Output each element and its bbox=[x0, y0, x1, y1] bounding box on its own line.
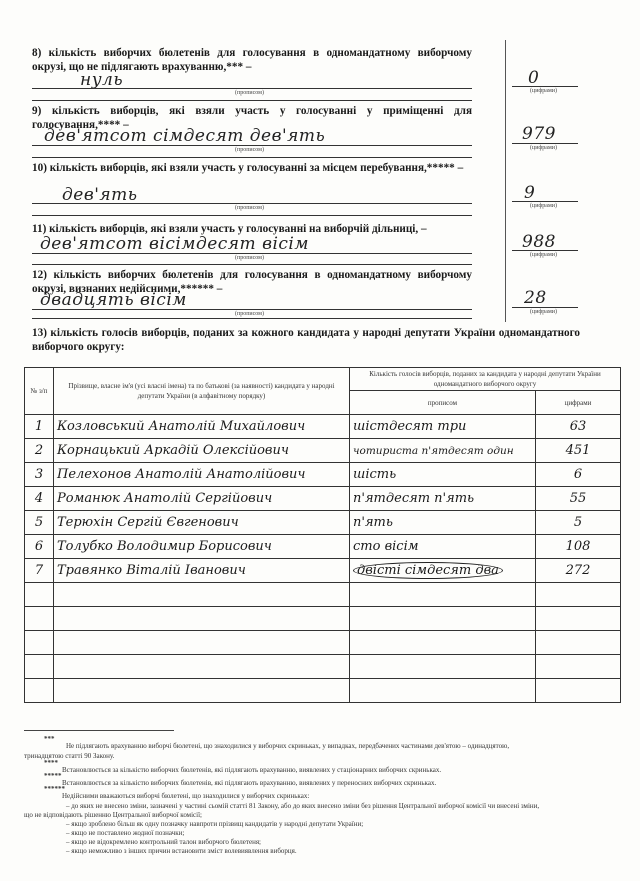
table-row: 4Романюк Анатолій Сергійовичп'ятдесят п'… bbox=[25, 487, 621, 511]
votes-words: двісті сімдесят два bbox=[350, 559, 536, 583]
divider bbox=[32, 318, 472, 319]
item-11-words: дев'ятсот вісімдесят вісім bbox=[40, 234, 309, 254]
table-row: 7Травянко Віталій Івановичдвісті сімдеся… bbox=[25, 559, 621, 583]
candidate-name: Козловський Анатолій Михайлович bbox=[54, 415, 350, 439]
item-10-digits-label: (цифрами) bbox=[530, 203, 557, 209]
table-row bbox=[25, 631, 621, 655]
column-divider bbox=[505, 40, 506, 322]
votes-digits: 272 bbox=[536, 559, 621, 583]
footnote-mark-4: **** bbox=[44, 759, 58, 767]
votes-words: шістдесят три bbox=[350, 415, 536, 439]
row-num bbox=[25, 631, 54, 655]
candidate-name: Пелехонов Анатолій Анатолійович bbox=[54, 463, 350, 487]
row-num: 1 bbox=[25, 415, 54, 439]
item-9-digits: 979 bbox=[522, 124, 556, 144]
footnote-6a: – до яких не внесено зміни, зазначені у … bbox=[66, 802, 626, 811]
footnote-4: Встановлюється за кількістю виборчих бюл… bbox=[62, 766, 441, 775]
votes-digits bbox=[536, 679, 621, 703]
votes-words: п'ять bbox=[350, 511, 536, 535]
votes-digits bbox=[536, 607, 621, 631]
item-8-digits: 0 bbox=[528, 68, 539, 88]
candidate-name: Травянко Віталій Іванович bbox=[54, 559, 350, 583]
footnote-mark-5: ***** bbox=[44, 772, 62, 780]
footnote-6b: що не відповідають рішенню Центральної в… bbox=[24, 811, 202, 820]
header-votes: Кількість голосів виборців, поданих за к… bbox=[350, 368, 621, 391]
divider bbox=[32, 100, 472, 101]
candidate-name bbox=[54, 583, 350, 607]
header-digits: цифрами bbox=[536, 391, 621, 415]
item-12-words: двадцять вісім bbox=[40, 290, 187, 310]
item-11-digits-line bbox=[512, 250, 578, 251]
candidate-name: Терюхін Сергій Євгенович bbox=[54, 511, 350, 535]
footnote-mark-3: *** bbox=[44, 735, 55, 743]
votes-words bbox=[350, 679, 536, 703]
divider bbox=[32, 157, 472, 158]
header-words: прописом bbox=[350, 391, 536, 415]
item-8-digits-line bbox=[512, 86, 578, 87]
row-num bbox=[25, 607, 54, 631]
item-11-words-line bbox=[32, 253, 472, 254]
candidate-name bbox=[54, 679, 350, 703]
votes-words: п'ятдесят п'ять bbox=[350, 487, 536, 511]
row-num: 2 bbox=[25, 439, 54, 463]
row-num: 6 bbox=[25, 535, 54, 559]
candidate-name bbox=[54, 607, 350, 631]
item-12-words-label: (прописом) bbox=[235, 311, 264, 317]
divider bbox=[32, 215, 472, 216]
candidates-table: № з/п Прізвище, власне ім'я (усі власні … bbox=[24, 367, 621, 703]
item-11-digits-label: (цифрами) bbox=[530, 252, 557, 258]
votes-digits bbox=[536, 583, 621, 607]
header-name: Прізвище, власне ім'я (усі власні імена)… bbox=[54, 368, 350, 415]
footnote-5: Встановлюється за кількістю виборчих бюл… bbox=[62, 779, 436, 788]
item-11-words-label: (прописом) bbox=[235, 255, 264, 261]
item-9-words: дев'ятсот сімдесят дев'ять bbox=[44, 126, 325, 146]
row-num bbox=[25, 583, 54, 607]
table-row bbox=[25, 655, 621, 679]
footnote-3: Не підлягають врахуванню виборчі бюлетен… bbox=[66, 742, 626, 751]
footnote-6d: – якщо не поставлено жодної позначки; bbox=[66, 829, 184, 838]
footnote-6c: – якщо зроблено більш як одну позначку н… bbox=[66, 820, 363, 829]
votes-digits bbox=[536, 655, 621, 679]
item-12-digits-line bbox=[512, 307, 578, 308]
votes-digits: 5 bbox=[536, 511, 621, 535]
row-num: 7 bbox=[25, 559, 54, 583]
votes-words bbox=[350, 631, 536, 655]
votes-words: шість bbox=[350, 463, 536, 487]
votes-digits: 6 bbox=[536, 463, 621, 487]
section-13-title: 13) кількість голосів виборців, поданих … bbox=[32, 326, 580, 354]
votes-words bbox=[350, 655, 536, 679]
item-12-words-line bbox=[32, 309, 472, 310]
table-row bbox=[25, 679, 621, 703]
votes-digits: 55 bbox=[536, 487, 621, 511]
footnote-6f: – якщо неможливо з інших причин встанови… bbox=[66, 847, 297, 856]
item-10-digits-line bbox=[512, 201, 578, 202]
votes-words bbox=[350, 583, 536, 607]
item-10-words-line bbox=[32, 203, 472, 204]
item-10-text: 10) кількість виборців, які взяли участь… bbox=[32, 161, 472, 175]
votes-digits: 108 bbox=[536, 535, 621, 559]
row-num bbox=[25, 679, 54, 703]
item-9-digits-label: (цифрами) bbox=[530, 145, 557, 151]
candidate-name: Корнацький Аркадій Олексійович bbox=[54, 439, 350, 463]
item-10-words-label: (прописом) bbox=[235, 205, 264, 211]
table-row bbox=[25, 583, 621, 607]
item-8-digits-label: (цифрами) bbox=[530, 88, 557, 94]
item-10-words: дев'ять bbox=[62, 185, 138, 205]
table-row: 6Толубко Володимир Борисовичсто вісім108 bbox=[25, 535, 621, 559]
footnote-3-cont: тринадцятою статті 90 Закону. bbox=[24, 752, 114, 761]
votes-words: сто вісім bbox=[350, 535, 536, 559]
votes-digits: 451 bbox=[536, 439, 621, 463]
table-row: 5Терюхін Сергій Євгеновичп'ять5 bbox=[25, 511, 621, 535]
item-12-digits-label: (цифрами) bbox=[530, 309, 557, 315]
item-9-words-line bbox=[32, 145, 472, 146]
header-num: № з/п bbox=[25, 368, 54, 415]
footnote-6: Недійсними вважаються виборчі бюлетені, … bbox=[62, 792, 309, 801]
item-8-words-line bbox=[32, 88, 472, 89]
table-row: 3Пелехонов Анатолій Анатолійовичшість6 bbox=[25, 463, 621, 487]
table-row bbox=[25, 607, 621, 631]
row-num: 5 bbox=[25, 511, 54, 535]
row-num bbox=[25, 655, 54, 679]
candidate-name: Толубко Володимир Борисович bbox=[54, 535, 350, 559]
candidate-name: Романюк Анатолій Сергійович bbox=[54, 487, 350, 511]
votes-digits: 63 bbox=[536, 415, 621, 439]
row-num: 4 bbox=[25, 487, 54, 511]
footnote-6e: – якщо не відокремлено контрольний талон… bbox=[66, 838, 261, 847]
candidate-name bbox=[54, 631, 350, 655]
item-8-words-label: (прописом) bbox=[235, 90, 264, 96]
item-12-digits: 28 bbox=[524, 288, 547, 308]
circled-correction: двісті сімдесят два bbox=[353, 562, 503, 579]
table-row: 2Корнацький Аркадій Олексійовиччотириста… bbox=[25, 439, 621, 463]
table-row: 1Козловський Анатолій Михайловичшістдеся… bbox=[25, 415, 621, 439]
item-9-words-label: (прописом) bbox=[235, 147, 264, 153]
item-9-digits-line bbox=[512, 143, 578, 144]
votes-words: чотириста п'ятдесят один bbox=[350, 439, 536, 463]
votes-digits bbox=[536, 631, 621, 655]
divider bbox=[32, 264, 472, 265]
item-11-digits: 988 bbox=[522, 232, 556, 252]
item-10-digits: 9 bbox=[524, 183, 535, 203]
candidate-name bbox=[54, 655, 350, 679]
votes-words bbox=[350, 607, 536, 631]
footnote-rule bbox=[24, 730, 174, 731]
item-8-words: нуль bbox=[80, 70, 123, 90]
row-num: 3 bbox=[25, 463, 54, 487]
